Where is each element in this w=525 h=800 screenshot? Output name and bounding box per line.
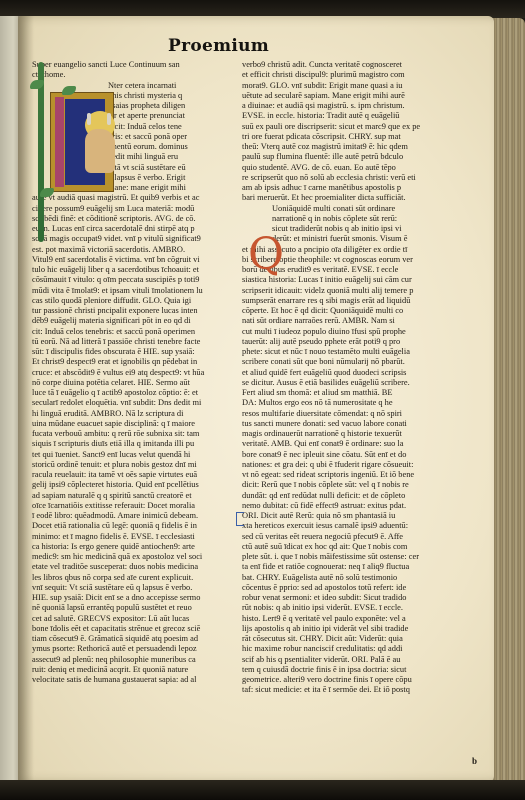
right-column: verbo9 christū adit. Cuncta veritatē cog… xyxy=(242,60,464,706)
text-line: uina mūdane euacuet sapie disciplinā: q … xyxy=(32,419,237,429)
text-line: tur passionē christi pncipalit exponere … xyxy=(32,306,237,316)
text-line: velocitate satis de humana gustauerat sa… xyxy=(32,675,237,685)
text-line: ORI. Dicit autē Rerū: quia nō sm phantas… xyxy=(242,511,464,521)
text-line: scribēdi finē: et cōditionē scriptoris. … xyxy=(32,214,237,224)
text-line: ymus psorte: Rethoricā autē et persuaden… xyxy=(32,644,237,654)
text-line: ruit: deniq et medicinā acqrit. Et quoni… xyxy=(32,665,237,675)
text-line: plete sūt. i. que ī nobis māifestissime … xyxy=(242,552,464,562)
text-line: suū ex pauli ore discripserit: sicut et … xyxy=(242,122,464,132)
text-line: et aliud quidē fert euāgeliū quod duodec… xyxy=(242,368,464,378)
book-cover-bottom xyxy=(0,780,525,800)
text-line: nati sūt ordiare narraōes rerū. AMBR. Na… xyxy=(242,316,464,326)
text-line: phete: sicut et nūc ī nouo testamēto mul… xyxy=(242,347,464,357)
text-line: nemo dubitat: cū fidē effect9 astruat: e… xyxy=(242,501,464,511)
text-line: tiam cōsecut9 ē. Grāmaticā siquidē atq p… xyxy=(32,634,237,644)
text-line: sumpserāt enarrare res q sibi magis erāt… xyxy=(242,296,464,306)
text-line: bat. CHRY. Euāgelista autē nō solū testi… xyxy=(242,573,464,583)
text-line: morat9. GLO. vnī subdit: Erigit mane qua… xyxy=(242,81,464,91)
text-line: ad sapiam naturalē q q spiritū sanctū cr… xyxy=(32,491,237,501)
text-line: ca historia: Is ergo genere quidē antioc… xyxy=(32,542,237,552)
text-line: mūdi vita ē īmolat9: et ipsam vituli īmo… xyxy=(32,286,237,296)
text-line: cruce: et abscōdit9 ē vultus ei9 atq des… xyxy=(32,368,237,378)
rubricated-initial-Q: Q xyxy=(248,233,284,277)
text-line: tem q cuiusdā doctrie finis ē in ipsa do… xyxy=(242,665,464,675)
text-line: est. pot maximā victoriā sacerdotis. AMB… xyxy=(32,245,237,255)
text-line: uētute ad secularē sapiam. Mane erigit m… xyxy=(242,91,464,101)
text-line: scif ab his q psentialiter viderūt. ORI.… xyxy=(242,655,464,665)
text-line: tulo hic euāgelij liber q a sacerdotibus… xyxy=(32,265,237,275)
text-line: euan. Lucas enī circa sacerdotalē dni st… xyxy=(32,224,237,234)
text-line: luce tā ī euāgelio q ī actib9 apostoloz … xyxy=(32,388,237,398)
text-line: gelij ipsi9 cōplecteret historia. Quid e… xyxy=(32,480,237,490)
text-line: bore conat9 ē nec ipleuit sine cōatu. Sū… xyxy=(242,450,464,460)
text-line: ī eodē libro: quēadmodū. Amare inimicū d… xyxy=(32,511,237,521)
text-line: hi linguā eruditā. AMBRO. Nā lz scriptur… xyxy=(32,409,237,419)
text-line: se dicitur. Ausus ē etiā basilides euāge… xyxy=(242,378,464,388)
text-line: narrationē q in nobis cōplete sūt rerū: xyxy=(242,214,464,224)
signature-mark: b xyxy=(472,756,477,766)
text-line: geometrice. alteri9 vero doctrine finis … xyxy=(242,675,464,685)
text-line: cet ad salutē. GRECVS expositor: Lū aūt … xyxy=(32,614,237,624)
text-line: dēb9 euāgelij materia significari pōt in… xyxy=(32,316,237,326)
book-page: Proemium Super euangelio sancti Luce Con… xyxy=(18,16,494,782)
text-line: rāt cōsecutus sit. CHRY. Dicit aūt: Vide… xyxy=(242,634,464,644)
text-line: Vitul9 enī sacerdotalis ē victima. vnī b… xyxy=(32,255,237,265)
text-line: HIE. sup ysaiā: Dicit enī se a dno accep… xyxy=(32,593,237,603)
text-line: paulū sup flumina fluentē: ille autē pet… xyxy=(242,152,464,162)
ox-horn-icon xyxy=(107,113,111,125)
text-line: et efficit christi discipul9: plurimū ma… xyxy=(242,70,464,80)
text-line: siquis ī scripturis diuīs etiā illa q im… xyxy=(32,439,237,449)
text-line: dicit: Rerū que ī nobis cōplete sūt: vel… xyxy=(242,480,464,490)
text-line: vnī sequit: Vt sciā sustētare eū q lapsu… xyxy=(32,583,237,593)
text-line: tū eorū. Nā ad litterā ī passiōe christi… xyxy=(32,337,237,347)
text-line: re scripserūt quo nō solū ab ecclesia ch… xyxy=(242,173,464,183)
text-line: histo. Lert9 ē q veritatē vel paulo expo… xyxy=(242,614,464,624)
text-line: lijs apostolis q ab initio ipi viderāt v… xyxy=(242,624,464,634)
illuminated-initial-I xyxy=(50,92,114,192)
text-line: ctū autē suū īdicat ex hoc qd ait: Que ī… xyxy=(242,542,464,552)
text-line: cut multi ī iudeoz populo diuino īfusi s… xyxy=(242,327,464,337)
text-line: bone īdolis eēt et capacitatis strēnue e… xyxy=(32,624,237,634)
text-line: sonā magis occupat9 videt. vnī p vitulū … xyxy=(32,234,237,244)
page-block-edges xyxy=(490,18,525,790)
initial-letter-stem xyxy=(55,97,64,187)
paragraph-bracket-mark-icon xyxy=(236,512,244,526)
text-line: robur venat sermoni: et ideo subdit: Sic… xyxy=(242,593,464,603)
text-line: storicū ordinē tenuit: et plura nobis ge… xyxy=(32,460,237,470)
text-line: resos multifarie diuersitate cōmendat: q… xyxy=(242,409,464,419)
text-line: medic9: sm hic medicinā quā ex apostoloz… xyxy=(32,552,237,562)
text-line: tet qui īueniet. Sanct9 enī lucas velut … xyxy=(32,450,237,460)
text-line: hic maxime robur nanciscif credulitatis:… xyxy=(242,644,464,654)
text-line: etate vel traditōe susceperat: duos nobi… xyxy=(32,562,237,572)
text-line: quio studentē. AVG. de cō. euan. Eo autē… xyxy=(242,163,464,173)
text-line: tri ore fuerat pdicata cōscripsit. CHRY.… xyxy=(242,132,464,142)
text-line: taf: sicut medicie: et ita ē ī sermōe de… xyxy=(242,685,464,695)
text-line: Et christ9 despect9 erat et ignobilis qn… xyxy=(32,357,237,367)
left-column: Super euangelio sancti Luce Continuum sa… xyxy=(32,60,237,685)
text-line: magis ordinauerūt narrationē q historie … xyxy=(242,429,464,439)
text-line: secularī redolet eloquētia. vnī subdit: … xyxy=(32,398,237,408)
text-line: ta enī fide et ratiōe cognouerat: neq ī … xyxy=(242,562,464,572)
text-line: scripserit idicauit: videlz quoniā multi… xyxy=(242,286,464,296)
text-line: Uoniāquidē multi conati sūt ordinare xyxy=(242,204,464,214)
text-line: am ab ipsis adhuc ī carne manētibus apos… xyxy=(242,183,464,193)
text-line: tauerūt: alij autē pseudo pphete erāt po… xyxy=(242,337,464,347)
text-line: nationes: et gra dei: q ubi ē īfuderit r… xyxy=(242,460,464,470)
text-line: Fert aliud sm thomā: et aliud sm matthiā… xyxy=(242,388,464,398)
text-line: cipere possum9 euāgelij sm Luca materiā:… xyxy=(32,204,237,214)
vine-border-ornament xyxy=(38,62,44,242)
text-line: nē quoniā lapsū errantēq populū sustētet… xyxy=(32,603,237,613)
text-line: vt nō egeat: sed rideat scriptoris ingen… xyxy=(242,470,464,480)
text-line: a diuinae: et audiā qsi magistrū. s. ipm… xyxy=(242,101,464,111)
rubric-heading-line-1: Super euangelio sancti Luce Continuum sa… xyxy=(32,60,237,70)
text-line: veritatē. AMB. Qui enī conat9 ē ordinare… xyxy=(242,439,464,449)
text-line: cas stilo quodā pleniore diffudit. GLO. … xyxy=(32,296,237,306)
text-line: minimo: et ī magno fidelis ē. EVSE. ī ec… xyxy=(32,532,237,542)
text-line: oīce īcarnatiōis extitisse referauit: Do… xyxy=(32,501,237,511)
text-line: cōperte. Et hoc ē qd dicit: Quoniāquidē … xyxy=(242,306,464,316)
initial-blue-field xyxy=(65,99,105,185)
text-line: verbo9 christū adit. Cuncta veritatē cog… xyxy=(242,60,464,70)
text-line: scribere conati sūt que boni nūmularij n… xyxy=(242,357,464,367)
ox-horn-icon xyxy=(87,113,91,125)
ox-of-saint-luke-icon xyxy=(85,129,115,173)
text-line: tus sancti munere donati: sed vacuo labo… xyxy=(242,419,464,429)
text-line: fucata verbouū ambitu: q rerū rōe subnix… xyxy=(32,429,237,439)
text-line: cōcentus ē pprio: sed ad apostolos totū … xyxy=(242,583,464,593)
running-head: Proemium xyxy=(168,36,269,56)
text-line: bari meruerūt. Et hec proemialiter dicta… xyxy=(242,193,464,203)
text-line: EVSE. in eccle. historia: Tradit autē q … xyxy=(242,111,464,121)
text-line: rūt nobis: q ab initio ipsi viderūt. EVS… xyxy=(242,603,464,613)
text-line: sed cū veritas eēt reuera negociū pfecut… xyxy=(242,532,464,542)
text-line: dundāt: qd enī redūdat nulli deficit: et… xyxy=(242,491,464,501)
text-line: assecut9 ad plenū: neq philosophie muner… xyxy=(32,655,237,665)
text-line: aurē vt audiā quasi magistrū. Et quib9 v… xyxy=(32,193,237,203)
text-line: cōsūmauit ī vitulo: q oīm peccata suscip… xyxy=(32,275,237,285)
text-line: DA: Multos ergo eos nō tā numerositate q… xyxy=(242,398,464,408)
text-line: xta hereticos exercuit iesus carnalē ips… xyxy=(242,521,464,531)
text-line: Docet etiā rationalia cū legē: quoniā q … xyxy=(32,521,237,531)
text-line: racula reuelauit: ita tamē vt oēs sapie … xyxy=(32,470,237,480)
text-line: cit: Induā celos tenebris: et saccū ponā… xyxy=(32,327,237,337)
rubric-heading-line-2: cti thome. xyxy=(32,70,237,80)
text-line: theū: Vterq autē coz magistrū imitat9 ē:… xyxy=(242,142,464,152)
text-line: les libros qbus nō corpa sed aīe curent … xyxy=(32,573,237,583)
text-line: nō corpe diuina potētia celaret. HIE. Se… xyxy=(32,378,237,388)
text-line xyxy=(242,696,464,706)
text-line: sūt: ī discipulis fides obscurata ē HIE.… xyxy=(32,347,237,357)
